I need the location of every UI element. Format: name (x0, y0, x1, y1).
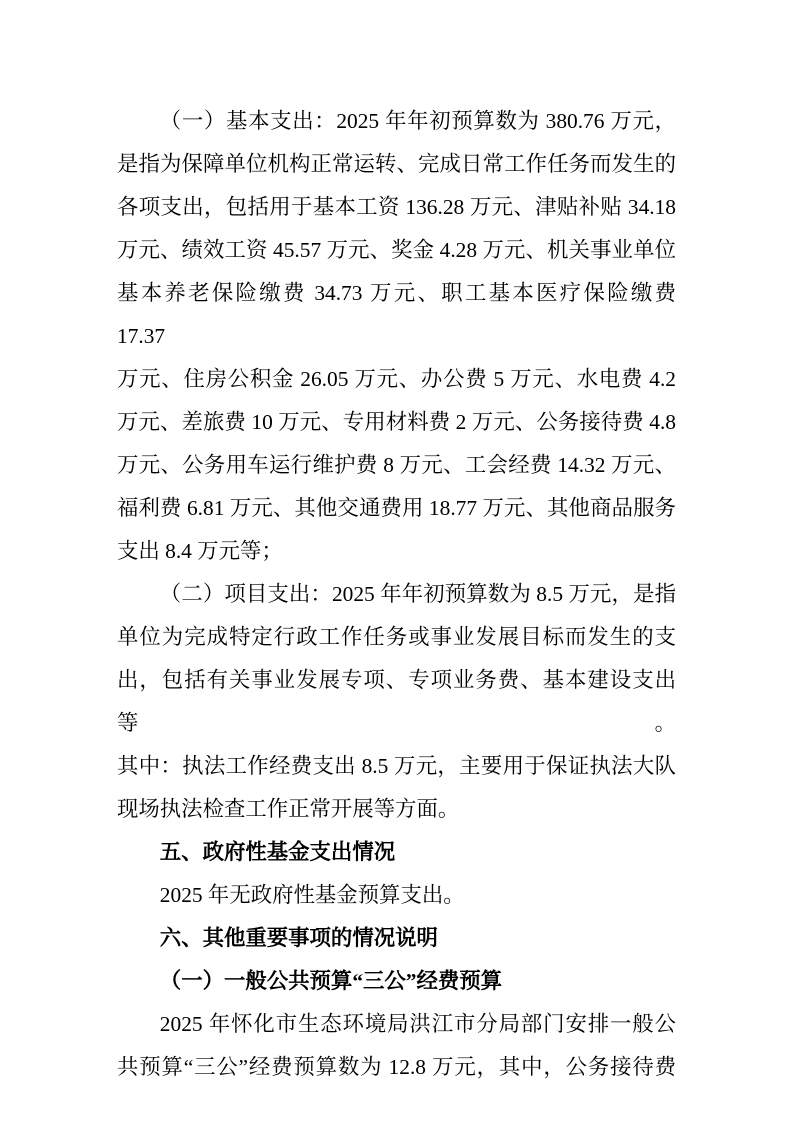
text-line: 支出 8.4 万元等； (117, 530, 676, 573)
text-line: 万元、公务用车运行维护费 8 万元、工会经费 14.32 万元、 (117, 444, 676, 487)
section-heading: 六、其他重要事项的情况说明 (117, 917, 676, 960)
text-line: 共预算“三公”经费预算数为 12.8 万元，其中，公务接待费 (117, 1046, 676, 1089)
text-line: （一）基本支出：2025 年年初预算数为 380.76 万元， (117, 100, 676, 143)
text-line: 其中：执法工作经费支出 8.5 万元，主要用于保证执法大队 (117, 745, 676, 788)
text-line: 现场执法检查工作正常开展等方面。 (117, 788, 676, 831)
paragraph: 2025 年怀化市生态环境局洪江市分局部门安排一般公共预算“三公”经费预算数为 … (117, 1003, 676, 1089)
paragraph: （一）基本支出：2025 年年初预算数为 380.76 万元，是指为保障单位机构… (117, 100, 676, 573)
text-line: 基本养老保险缴费 34.73 万元、职工基本医疗保险缴费 17.37 (117, 272, 676, 358)
text-line: 万元、绩效工资 45.57 万元、奖金 4.28 万元、机关事业单位 (117, 229, 676, 272)
text-line: 万元、差旅费 10 万元、专用材料费 2 万元、公务接待费 4.8 (117, 401, 676, 444)
text-line: 福利费 6.81 万元、其他交通费用 18.77 万元、其他商品服务 (117, 487, 676, 530)
text-line: 各项支出，包括用于基本工资 136.28 万元、津贴补贴 34.18 (117, 186, 676, 229)
text-line: （一）一般公共预算“三公”经费预算 (117, 960, 676, 1003)
section-heading: （一）一般公共预算“三公”经费预算 (117, 960, 676, 1003)
text-line: （二）项目支出：2025 年年初预算数为 8.5 万元，是指 (117, 573, 676, 616)
text-line: 六、其他重要事项的情况说明 (117, 917, 676, 960)
text-line: 是指为保障单位机构正常运转、完成日常工作任务而发生的 (117, 143, 676, 186)
text-line: 出，包括有关事业发展专项、专项业务费、基本建设支出等。 (117, 659, 676, 745)
text-line: 单位为完成特定行政工作任务或事业发展目标而发生的支 (117, 616, 676, 659)
text-line: 万元、住房公积金 26.05 万元、办公费 5 万元、水电费 4.2 (117, 358, 676, 401)
document-content: （一）基本支出：2025 年年初预算数为 380.76 万元，是指为保障单位机构… (0, 0, 793, 1089)
text-line: 2025 年无政府性基金预算支出。 (117, 874, 676, 917)
text-line: 五、政府性基金支出情况 (117, 831, 676, 874)
paragraph: 2025 年无政府性基金预算支出。 (117, 874, 676, 917)
section-heading: 五、政府性基金支出情况 (117, 831, 676, 874)
text-line: 2025 年怀化市生态环境局洪江市分局部门安排一般公 (117, 1003, 676, 1046)
paragraph: （二）项目支出：2025 年年初预算数为 8.5 万元，是指单位为完成特定行政工… (117, 573, 676, 831)
document-page: （一）基本支出：2025 年年初预算数为 380.76 万元，是指为保障单位机构… (0, 0, 793, 1122)
